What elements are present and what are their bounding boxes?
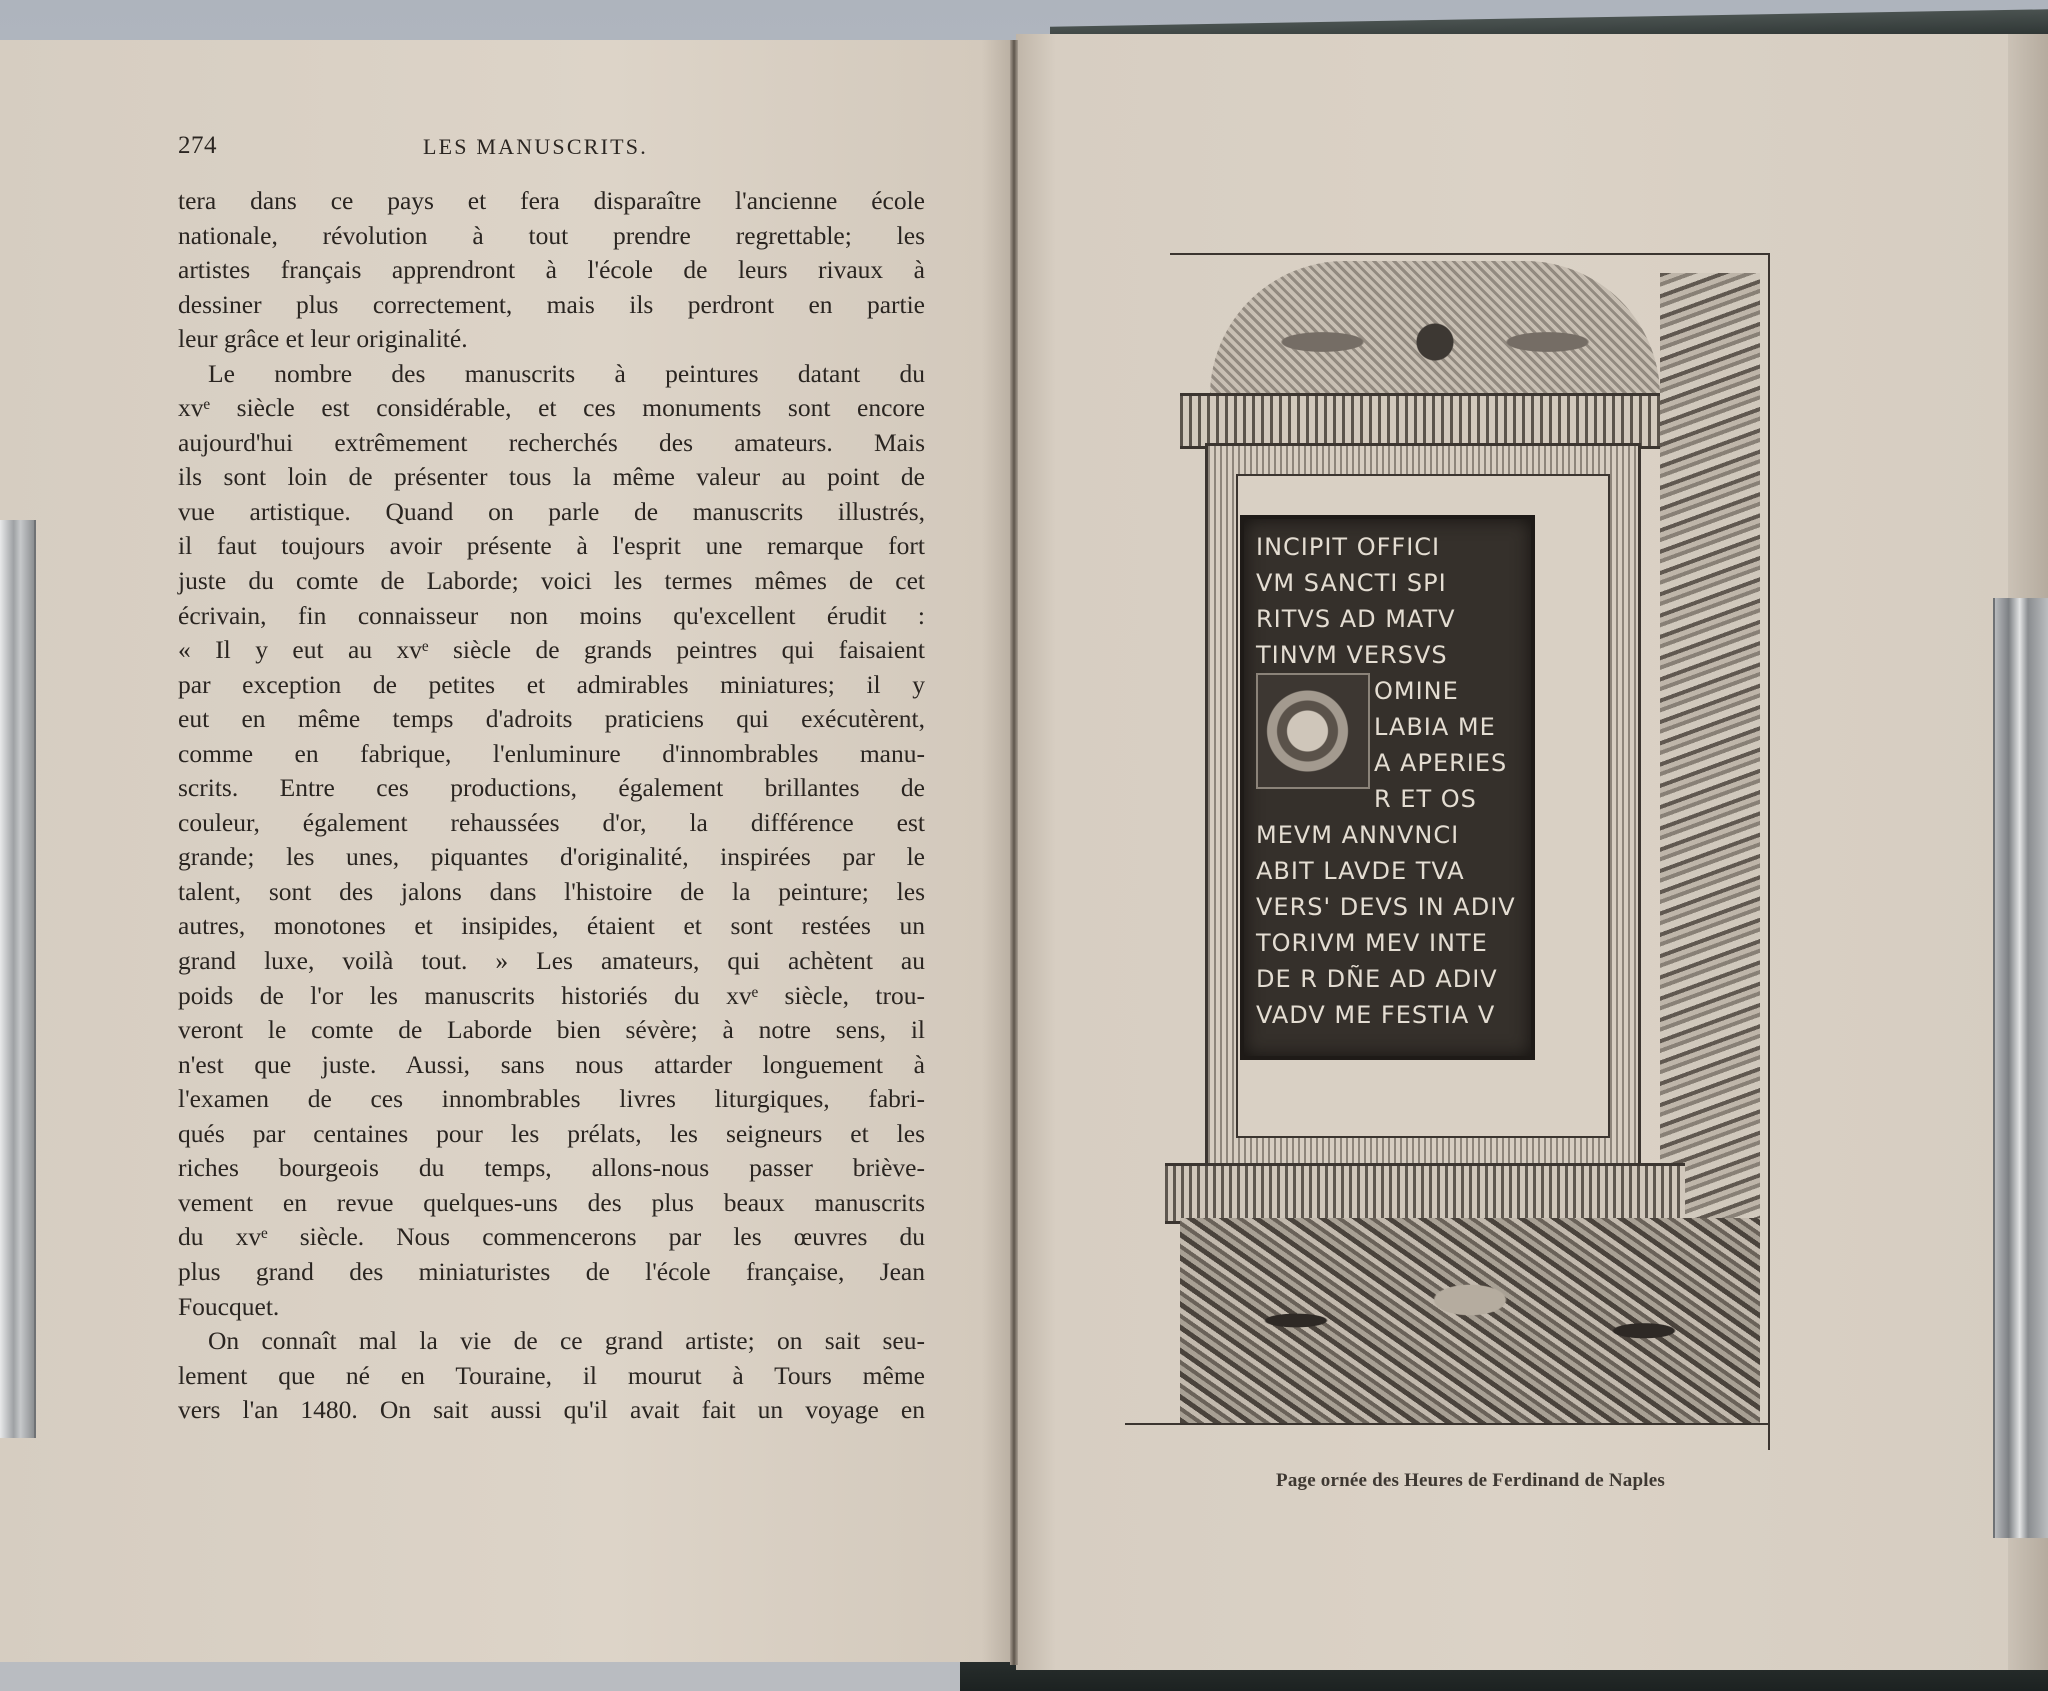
text-line: couleur, également rehaussées d'or, la d… <box>178 806 925 841</box>
inscription-line: VADV ME FESTIA V <box>1256 997 1525 1033</box>
inscription-line: VERS' DEVS IN ADIV <box>1256 889 1525 925</box>
text-line: qués par centaines pour les prélats, les… <box>178 1117 925 1152</box>
text-line: Foucquet. <box>178 1290 925 1325</box>
text-line: aujourd'hui extrêmement recherchés des a… <box>178 426 925 461</box>
text-line: il faut toujours avoir présente à l'espr… <box>178 529 925 564</box>
text-line: vement en revue quelques-uns des plus be… <box>178 1186 925 1221</box>
text-line: l'examen de ces innombrables livres litu… <box>178 1082 925 1117</box>
running-title: LES MANUSCRITS. <box>423 134 648 160</box>
inscription-line: ABIT LAVDE TVA <box>1256 853 1525 889</box>
text-line: veront le comte de Laborde bien sévère; … <box>178 1013 925 1048</box>
running-head: 274 LES MANUSCRITS. <box>178 132 925 162</box>
text-line: grand luxe, voilà tout. » Les amateurs, … <box>178 944 925 979</box>
text-line: plus grand des miniaturistes de l'école … <box>178 1255 925 1290</box>
text-line: du xvᵉ siècle. Nous commencerons par les… <box>178 1220 925 1255</box>
text-line: « Il y eut au xvᵉ siècle de grands peint… <box>178 633 925 668</box>
text-line: riches bourgeois du temps, allons-nous p… <box>178 1151 925 1186</box>
text-line: xvᵉ siècle est considérable, et ces monu… <box>178 391 925 426</box>
text-line: comme en fabrique, l'enluminure d'innomb… <box>178 737 925 772</box>
text-line: On connaît mal la vie de ce grand artist… <box>178 1324 925 1359</box>
text-line: talent, sont des jalons dans l'histoire … <box>178 875 925 910</box>
text-line: artistes français apprendront à l'école … <box>178 253 925 288</box>
inscription-line: MEVM ANNVNCI <box>1256 817 1525 853</box>
text-line: eut en même temps d'adroits praticiens q… <box>178 702 925 737</box>
text-line: grande; les unes, piquantes d'originalit… <box>178 840 925 875</box>
illustration-ornate-page: INCIPIT OFFICIVM SANCTI SPIRITVS AD MATV… <box>1170 253 1770 1450</box>
crest-ornament <box>1210 261 1660 396</box>
text-line: vue artistique. Quand on parle de manusc… <box>178 495 925 530</box>
illustration-caption: Page ornée des Heures de Ferdinand de Na… <box>1183 1470 1758 1492</box>
inscription-line: TINVM VERSVS <box>1256 637 1525 673</box>
text-line: nationale, révolution à tout prendre reg… <box>178 219 925 254</box>
inscription-line: DE R DÑE AD ADIV <box>1256 961 1525 997</box>
illuminated-initial <box>1256 673 1370 789</box>
text-line: poids de l'or les manuscrits historiés d… <box>178 979 925 1014</box>
book-gutter <box>1010 40 1018 1665</box>
text-line: écrivain, fin connaisseur non moins qu'e… <box>178 599 925 634</box>
text-line: vers l'an 1480. On sait aussi qu'il avai… <box>178 1393 925 1428</box>
text-line: par exception de petites et admirables m… <box>178 668 925 703</box>
illustration-baseline <box>1125 1423 1770 1425</box>
inscription-line: TORIVM MEV INTE <box>1256 925 1525 961</box>
foliage-base-ornament <box>1180 1218 1760 1423</box>
text-line: leur grâce et leur originalité. <box>178 322 925 357</box>
cornice <box>1180 393 1660 449</box>
right-page-holder-clip <box>1993 598 2048 1538</box>
inscription-line: RITVS AD MATV <box>1256 601 1525 637</box>
text-line: tera dans ce pays et fera disparaître l'… <box>178 184 925 219</box>
inscription-line: INCIPIT OFFICI <box>1256 529 1525 565</box>
text-line: scrits. Entre ces productions, également… <box>178 771 925 806</box>
text-line: n'est que juste. Aussi, sans nous attard… <box>178 1048 925 1083</box>
pedestal <box>1165 1163 1685 1224</box>
page-number: 274 <box>178 132 217 160</box>
inscription-panel: INCIPIT OFFICIVM SANCTI SPIRITVS AD MATV… <box>1240 515 1535 1060</box>
text-line: dessiner plus correctement, mais ils per… <box>178 288 925 323</box>
text-line: lement que né en Touraine, il mourut à T… <box>178 1359 925 1394</box>
inscription-line: VM SANCTI SPI <box>1256 565 1525 601</box>
text-line: Le nombre des manuscrits à peintures dat… <box>178 357 925 392</box>
left-page-holder-clip <box>0 520 36 1438</box>
text-line: juste du comte de Laborde; voici les ter… <box>178 564 925 599</box>
body-text: tera dans ce pays et fera disparaître l'… <box>178 184 925 1428</box>
text-line: autres, monotones et insipides, étaient … <box>178 909 925 944</box>
text-line: ils sont loin de présenter tous la même … <box>178 460 925 495</box>
